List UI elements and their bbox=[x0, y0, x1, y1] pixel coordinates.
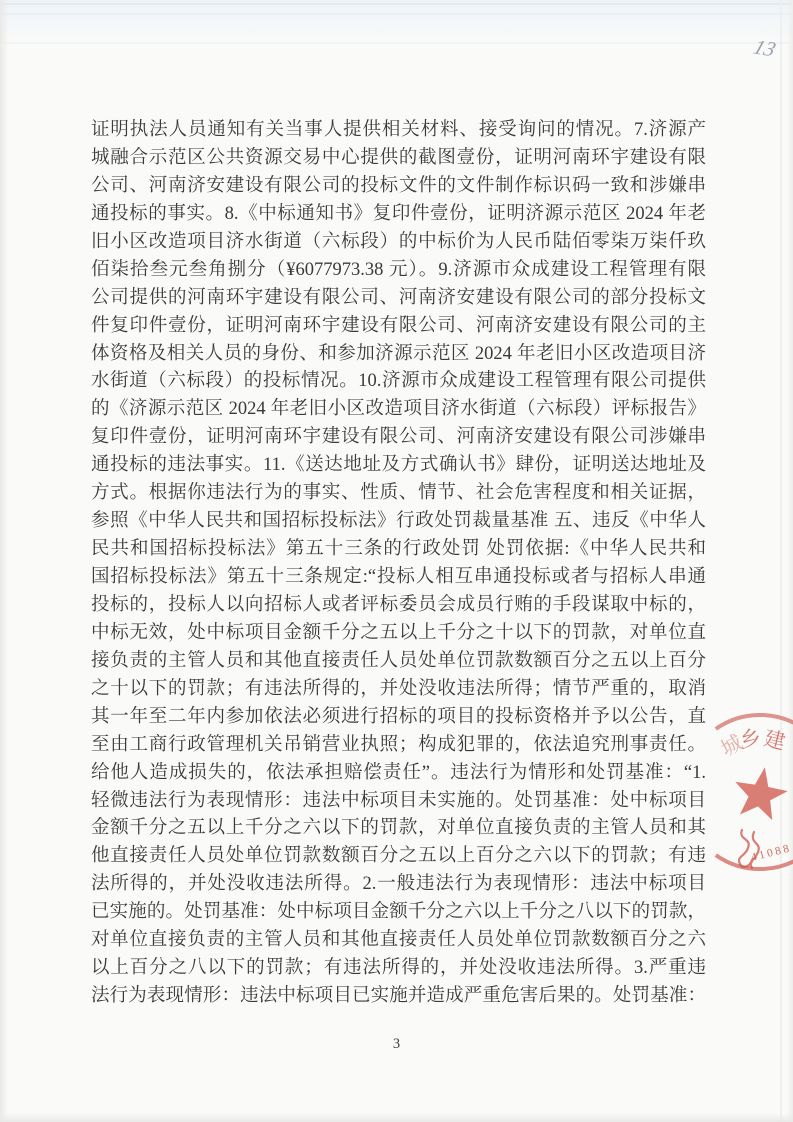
scan-artifact-line bbox=[0, 42, 793, 44]
scan-artifact-top-band bbox=[0, 0, 793, 48]
seal-serial-number: 41088 bbox=[750, 842, 793, 864]
star-icon bbox=[730, 763, 791, 822]
scan-artifact-line bbox=[0, 13, 793, 15]
text-line: 城融合示范区公共资源交易中心提供的截图壹份，证明河南环宇建设有限 bbox=[91, 145, 706, 173]
text-line: 民共和国招标投标法》第五十三条的行政处罚 处罚依据:《中华人民共和 bbox=[91, 536, 706, 564]
text-line: 给他人造成损失的，依法承担赔偿责任”。违法行为情形和处罚基准：“1. bbox=[91, 760, 706, 788]
text-line: 体资格及相关人员的身份、和参加济源示范区 2024 年老旧小区改造项目济 bbox=[91, 341, 706, 369]
text-line: 以上百分之八以下的罚款；有违法所得的，并处没收违法所得。3.严重违 bbox=[91, 955, 706, 983]
text-line: 国招标投标法》第五十三条规定:“投标人相互串通投标或者与招标人串通 bbox=[91, 564, 706, 592]
text-line: 接负责的主管人员和其他直接责任人员处单位罚款数额百分之五以上百分 bbox=[91, 648, 706, 676]
paper-edge-left bbox=[0, 0, 8, 1122]
text-line: 通投标的违法事实。11.《送达地址及方式确认书》肆份，证明送达地址及 bbox=[91, 452, 706, 480]
official-seal-stamp: 城 乡 建 41088 bbox=[680, 700, 793, 890]
paper-edge-right-line bbox=[780, 0, 782, 1122]
text-line: 他直接责任人员处单位罚款数额百分之五以上百分之六以下的罚款；有违 bbox=[91, 843, 706, 871]
text-line: 中标无效，处中标项目金额千分之五以上千分之十以下的罚款，对单位直 bbox=[91, 620, 706, 648]
text-line: 水街道（六标段）的投标情况。10.济源市众成建设工程管理有限公司提供 bbox=[91, 368, 706, 396]
text-line: 轻微违法行为表现情形：违法中标项目未实施的。处罚基准：处中标项目 bbox=[91, 788, 706, 816]
text-line: 至由工商行政管理机关吊销营业执照；构成犯罪的，依法追究刑事责任。 bbox=[91, 732, 706, 760]
page-number: 3 bbox=[0, 1036, 793, 1053]
text-line: 佰柒拾叁元叁角捌分（¥6077973.38 元）。9.济源市众成建设工程管理有限 bbox=[91, 257, 706, 285]
text-line: 投标的，投标人以向招标人或者评标委员会成员行贿的手段谋取中标的， bbox=[91, 592, 706, 620]
text-line: 金额千分之五以上千分之六以下的罚款，对单位直接负责的主管人员和其 bbox=[91, 815, 706, 843]
text-line: 已实施的。处罚基准：处中标项目金额千分之六以上千分之八以下的罚款， bbox=[91, 899, 706, 927]
scanned-document-page: 13 证明执法人员通知有关当事人提供相关材料、接受询问的情况。7.济源产 城融合… bbox=[0, 0, 793, 1122]
text-line: 参照《中华人民共和国招标投标法》行政处罚裁量基准 五、违反《中华人 bbox=[91, 508, 706, 536]
text-line: 方式。根据你违法行为的事实、性质、情节、社会危害程度和相关证据， bbox=[91, 480, 706, 508]
text-line: 法所得的，并处没收违法所得。2.一般违法行为表现情形：违法中标项目 bbox=[91, 871, 706, 899]
text-line: 之十以下的罚款；有违法所得的，并处没收违法所得；情节严重的，取消 bbox=[91, 676, 706, 704]
text-line: 法行为表现情形：违法中标项目已实施并造成严重危害后果的。处罚基准： bbox=[91, 983, 706, 1011]
text-line: 其一年至二年内参加依法必须进行招标的项目的投标资格并予以公告，直 bbox=[91, 704, 706, 732]
paper-edge-bottom bbox=[0, 1113, 793, 1122]
scan-artifact-line bbox=[0, 3, 793, 5]
text-line: 件复印件壹份，证明河南环宇建设有限公司、河南济安建设有限公司的主 bbox=[91, 313, 706, 341]
text-line: 公司、河南济安建设有限公司的投标文件的文件制作标识码一致和涉嫌串 bbox=[91, 173, 706, 201]
document-text-block: 证明执法人员通知有关当事人提供相关材料、接受询问的情况。7.济源产 城融合示范区… bbox=[91, 117, 706, 1011]
seal-arc-char: 建 bbox=[762, 726, 788, 754]
seal-arc-char: 乡 bbox=[738, 726, 762, 753]
text-line: 旧小区改造项目济水街道（六标段）的中标价为人民币陆佰零柒万柒仟玖 bbox=[91, 229, 706, 257]
text-line: 对单位直接负责的主管人员和其他直接责任人员处单位罚款数额百分之六 bbox=[91, 927, 706, 955]
text-line: 证明执法人员通知有关当事人提供相关材料、接受询问的情况。7.济源产 bbox=[91, 117, 706, 145]
text-line: 公司提供的河南环宇建设有限公司、河南济安建设有限公司的部分投标文 bbox=[91, 285, 706, 313]
text-line: 通投标的事实。8.《中标通知书》复印件壹份，证明济源示范区 2024 年老 bbox=[91, 201, 706, 229]
paper-edge-right bbox=[787, 0, 793, 1122]
text-line: 的《济源示范区 2024 年老旧小区改造项目济水街道（六标段）评标报告》 bbox=[91, 396, 706, 424]
text-line: 复印件壹份，证明河南环宇建设有限公司、河南济安建设有限公司涉嫌串 bbox=[91, 424, 706, 452]
